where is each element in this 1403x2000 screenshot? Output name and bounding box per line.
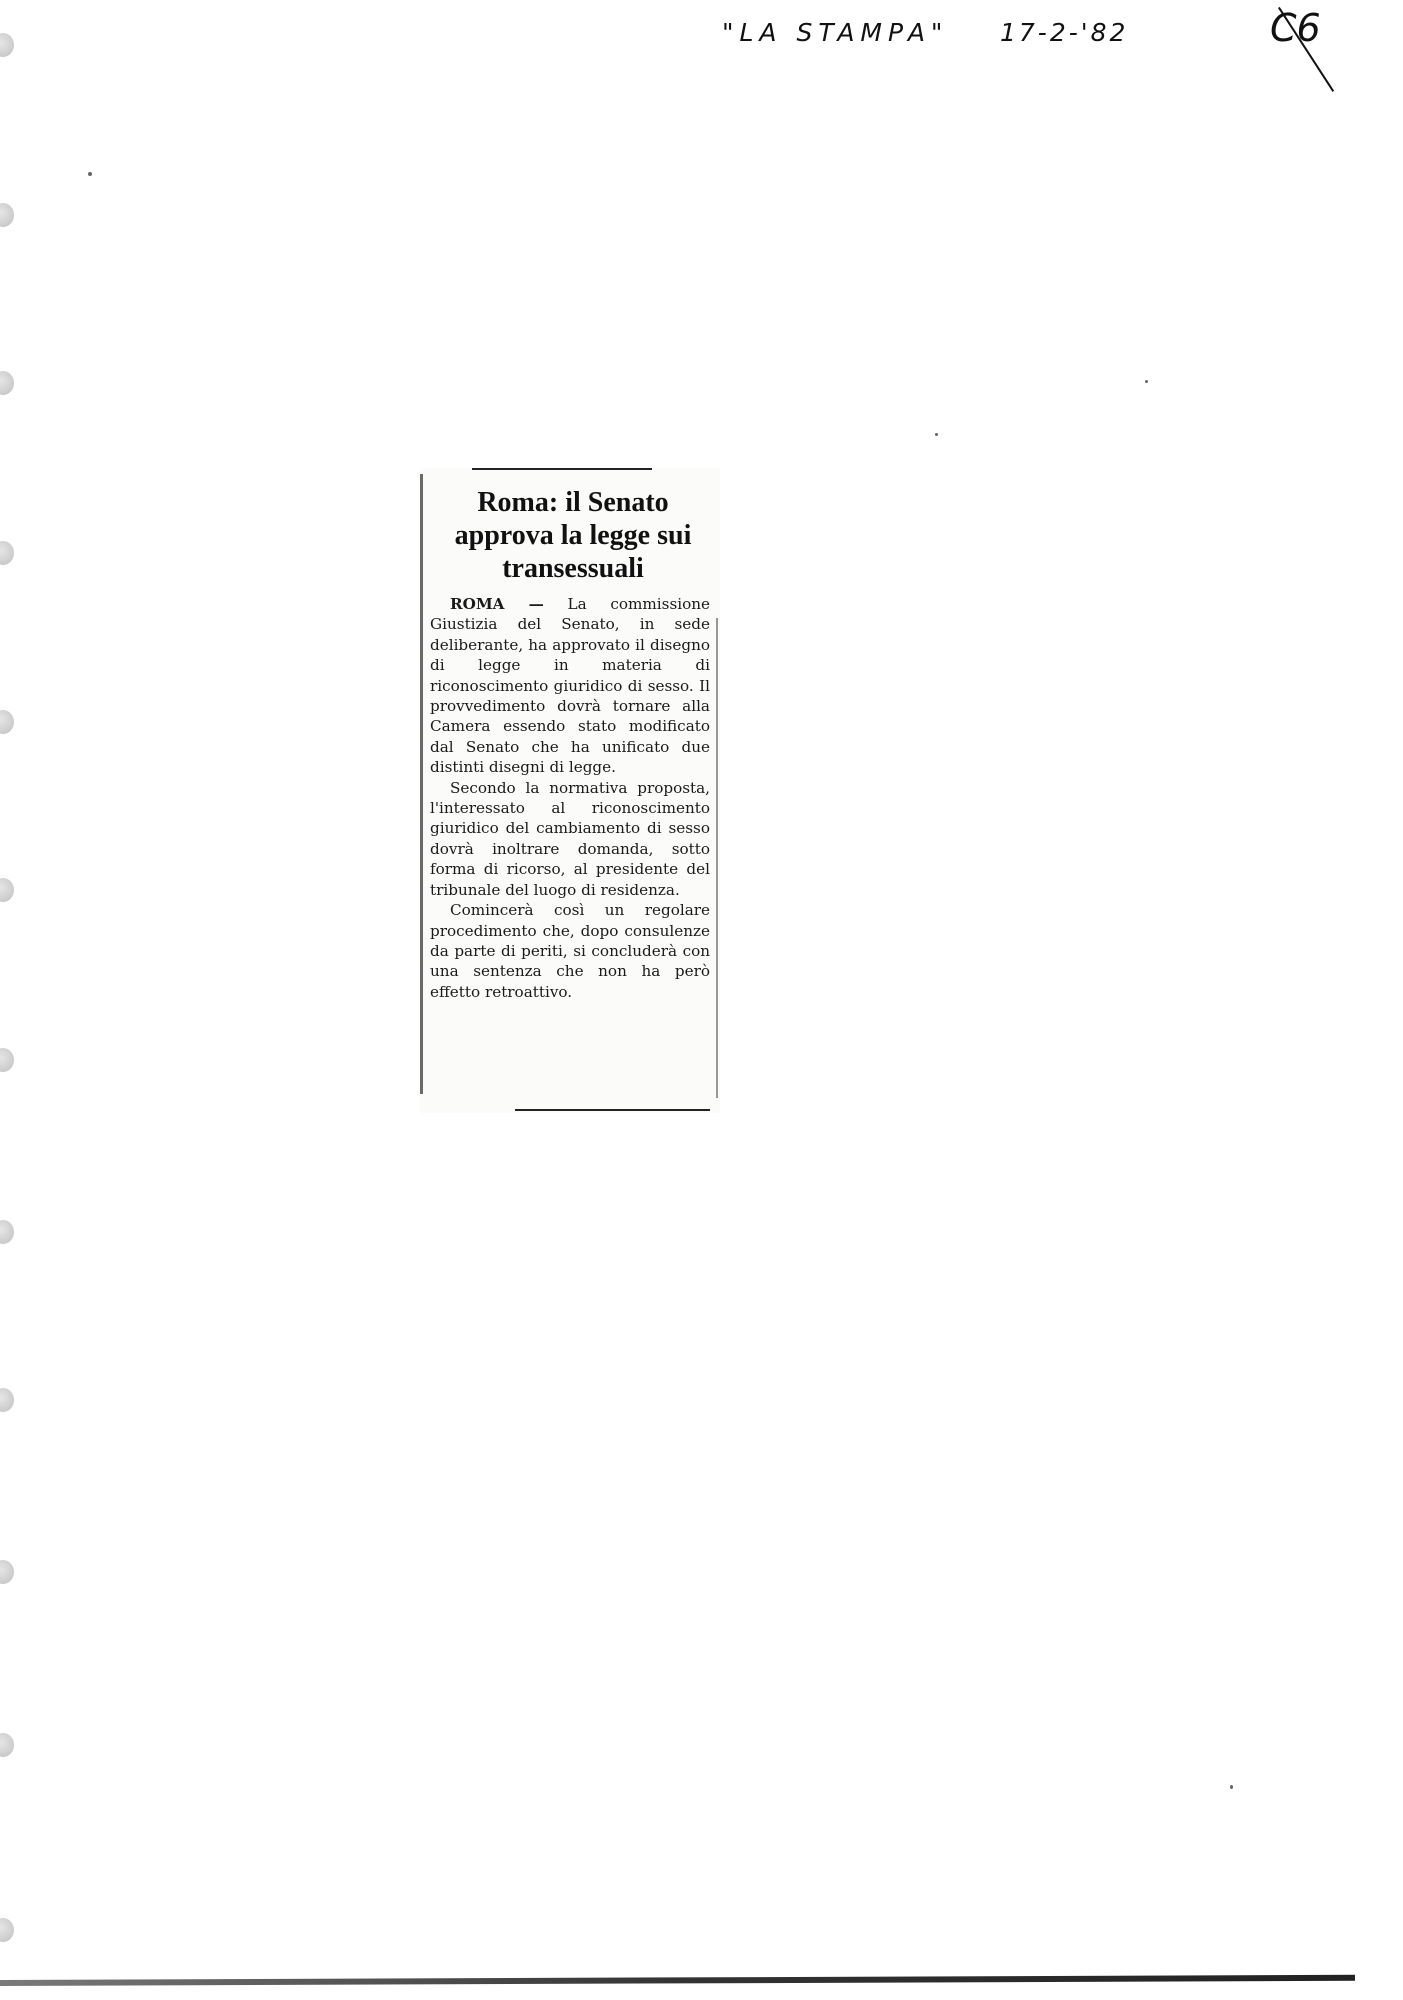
punch-hole <box>0 1733 14 1757</box>
article-body: ROMA — La commissione Giustizia del Sena… <box>430 594 710 1002</box>
article-paragraph: ROMA — La commissione Giustizia del Sena… <box>430 594 710 778</box>
handwritten-date: 17-2-'82 <box>1000 18 1128 47</box>
punch-hole <box>0 1388 14 1412</box>
punch-hole <box>0 1918 14 1942</box>
article-dateline: ROMA — <box>450 595 544 613</box>
clipping-right-edge <box>716 618 718 1098</box>
clipping-left-edge <box>420 474 423 1094</box>
article-paragraph: Comincerà così un regolare procedimento … <box>430 900 710 1002</box>
article-headline: Roma: il Senato approva la legge sui tra… <box>438 486 708 585</box>
punch-hole <box>0 1048 14 1072</box>
punch-hole <box>0 1220 14 1244</box>
punch-hole <box>0 710 14 734</box>
punch-hole <box>0 878 14 902</box>
clipping-top-rule <box>472 468 652 470</box>
scan-bottom-edge <box>0 1975 1355 1986</box>
punch-hole <box>0 1560 14 1584</box>
clipping-bottom-rule <box>515 1109 710 1111</box>
handwritten-source: "LA STAMPA" <box>722 18 948 47</box>
scan-speck <box>88 172 92 176</box>
punch-hole <box>0 371 14 395</box>
handwritten-archive-code: C6 <box>1270 6 1321 50</box>
paragraph-text: La commissione Giustizia del Senato, in … <box>430 595 710 776</box>
punch-hole <box>0 203 14 227</box>
newspaper-clipping: Roma: il Senato approva la legge sui tra… <box>420 468 720 1113</box>
scan-speck <box>935 433 938 436</box>
scan-speck <box>1230 1785 1233 1789</box>
scan-speck <box>1145 380 1148 383</box>
punch-hole <box>0 541 14 565</box>
article-paragraph: Secondo la normativa proposta, l'interes… <box>430 778 710 900</box>
punch-hole <box>0 33 14 57</box>
